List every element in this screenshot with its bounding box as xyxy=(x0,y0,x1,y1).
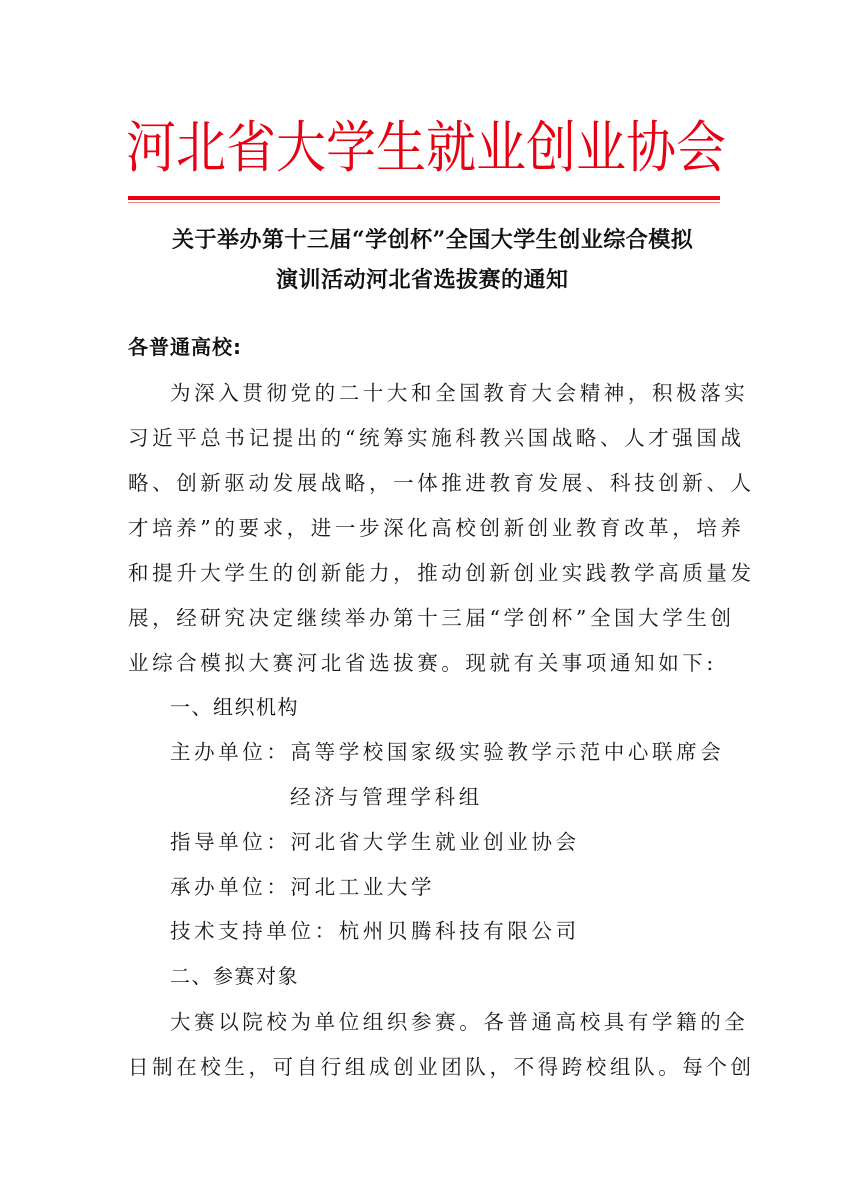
masthead-char: 河 xyxy=(126,108,176,189)
org-value: 杭州贝腾科技有限公司 xyxy=(339,919,580,943)
masthead-char: 北 xyxy=(176,108,226,189)
intro-line: 为深入贯彻党的二十大和全国教育大会精神，积极落实 xyxy=(170,379,764,407)
masthead-char: 学 xyxy=(326,108,376,189)
red-divider-thick xyxy=(128,196,720,200)
masthead-char: 会 xyxy=(676,108,726,189)
notice-title-line-2: 演训活动河北省选拔赛的通知 xyxy=(276,266,569,294)
org-label: 指导单位： xyxy=(170,830,291,854)
masthead-char: 协 xyxy=(626,108,676,189)
intro-line: 展，经研究决定继续举办第十三届“学创杯”全国大学生创 xyxy=(128,604,722,632)
org-label: 承办单位： xyxy=(170,875,291,899)
masthead-char: 生 xyxy=(376,108,426,189)
org-label: 技术支持单位： xyxy=(170,919,339,943)
org-row-host: 主办单位：高等学校国家级实验教学示范中心联席会 xyxy=(170,738,724,766)
section-heading-organization: 一、组织机构 xyxy=(170,693,299,721)
org-row-host-continuation: 经济与管理学科组 xyxy=(290,783,483,811)
intro-line: 和提升大学生的创新能力，推动创新创业实践教学高质量发 xyxy=(128,559,722,587)
masthead-char: 省 xyxy=(226,108,276,189)
masthead-char: 创 xyxy=(526,108,576,189)
masthead-char: 业 xyxy=(476,108,526,189)
org-label: 主办单位： xyxy=(170,740,291,764)
masthead-title: 河 北 省 大 学 生 就 业 创 业 协 会 xyxy=(126,112,722,184)
participants-line: 日制在校生，可自行组成创业团队，不得跨校组队。每个创 xyxy=(128,1053,722,1081)
intro-line: 略、创新驱动发展战略，一体推进教育发展、科技创新、人 xyxy=(128,469,722,497)
document-page: 河 北 省 大 学 生 就 业 创 业 协 会 关于举办第十三届“学创杯”全国大… xyxy=(0,0,848,1200)
participants-line: 大赛以院校为单位组织参赛。各普通高校具有学籍的全 xyxy=(170,1008,764,1036)
red-divider-thin xyxy=(128,202,720,203)
intro-line: 习近平总书记提出的“统筹实施科教兴国战略、人才强国战 xyxy=(128,424,722,452)
org-value: 河北省大学生就业创业协会 xyxy=(291,830,580,854)
masthead-char: 大 xyxy=(276,108,326,189)
masthead-char: 业 xyxy=(576,108,626,189)
intro-line: 业综合模拟大赛河北省选拔赛。现就有关事项通知如下: xyxy=(128,649,722,677)
notice-title-line-1: 关于举办第十三届“学创杯”全国大学生创业综合模拟 xyxy=(172,226,693,254)
org-value: 高等学校国家级实验教学示范中心联席会 xyxy=(291,740,725,764)
intro-line: 才培养”的要求，进一步深化高校创新创业教育改革，培养 xyxy=(128,514,722,542)
org-row-guide: 指导单位：河北省大学生就业创业协会 xyxy=(170,828,580,856)
org-row-organizer: 承办单位：河北工业大学 xyxy=(170,873,435,901)
org-row-tech-support: 技术支持单位：杭州贝腾科技有限公司 xyxy=(170,917,580,945)
masthead-char: 就 xyxy=(426,108,476,189)
section-heading-participants: 二、参赛对象 xyxy=(170,962,299,990)
salutation: 各普通高校: xyxy=(128,333,242,361)
org-value: 河北工业大学 xyxy=(291,875,436,899)
